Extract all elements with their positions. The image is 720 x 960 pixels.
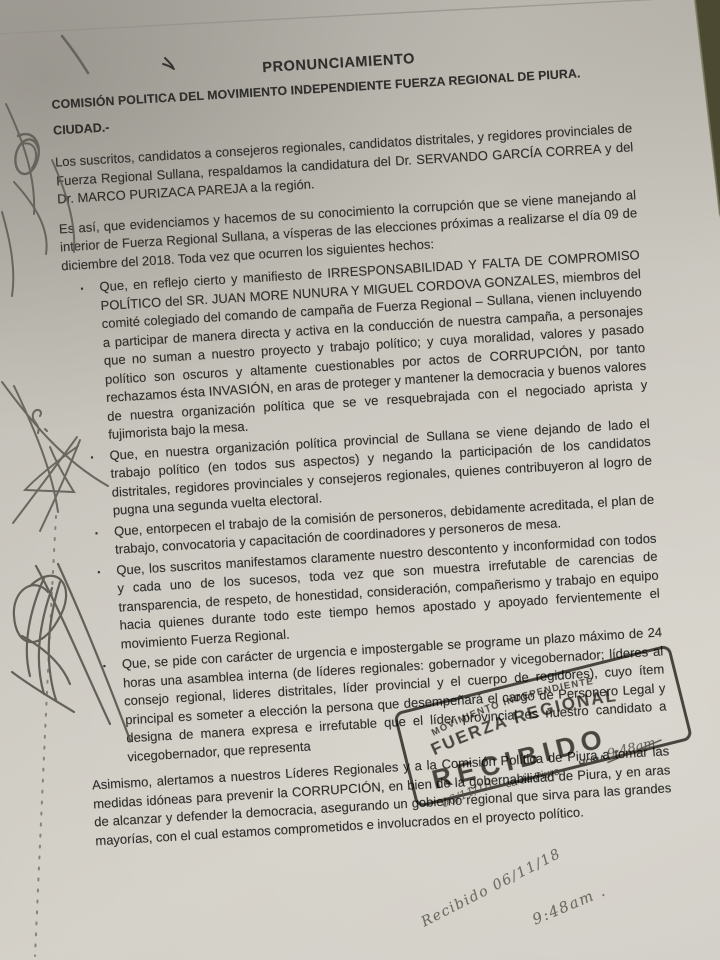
bullet-square-icon: ▪	[80, 279, 99, 446]
bullet-item: ▪ Que, en reflejo cierto y manifiesto de…	[80, 246, 649, 445]
bullet-square-icon: ▪	[102, 656, 118, 767]
bullet-text: Que, en reflejo cierto y manifiesto de I…	[99, 246, 649, 444]
stamp-time-handwritten: 9:48am	[606, 736, 657, 762]
scanned-document-photo: PRONUNCIAMIENTO COMISIÓN POLITICA DEL MO…	[0, 0, 720, 960]
bullet-square-icon: ▪	[95, 523, 106, 560]
bullet-square-icon: ▪	[97, 562, 111, 655]
bullet-square-icon: ▪	[90, 447, 103, 521]
